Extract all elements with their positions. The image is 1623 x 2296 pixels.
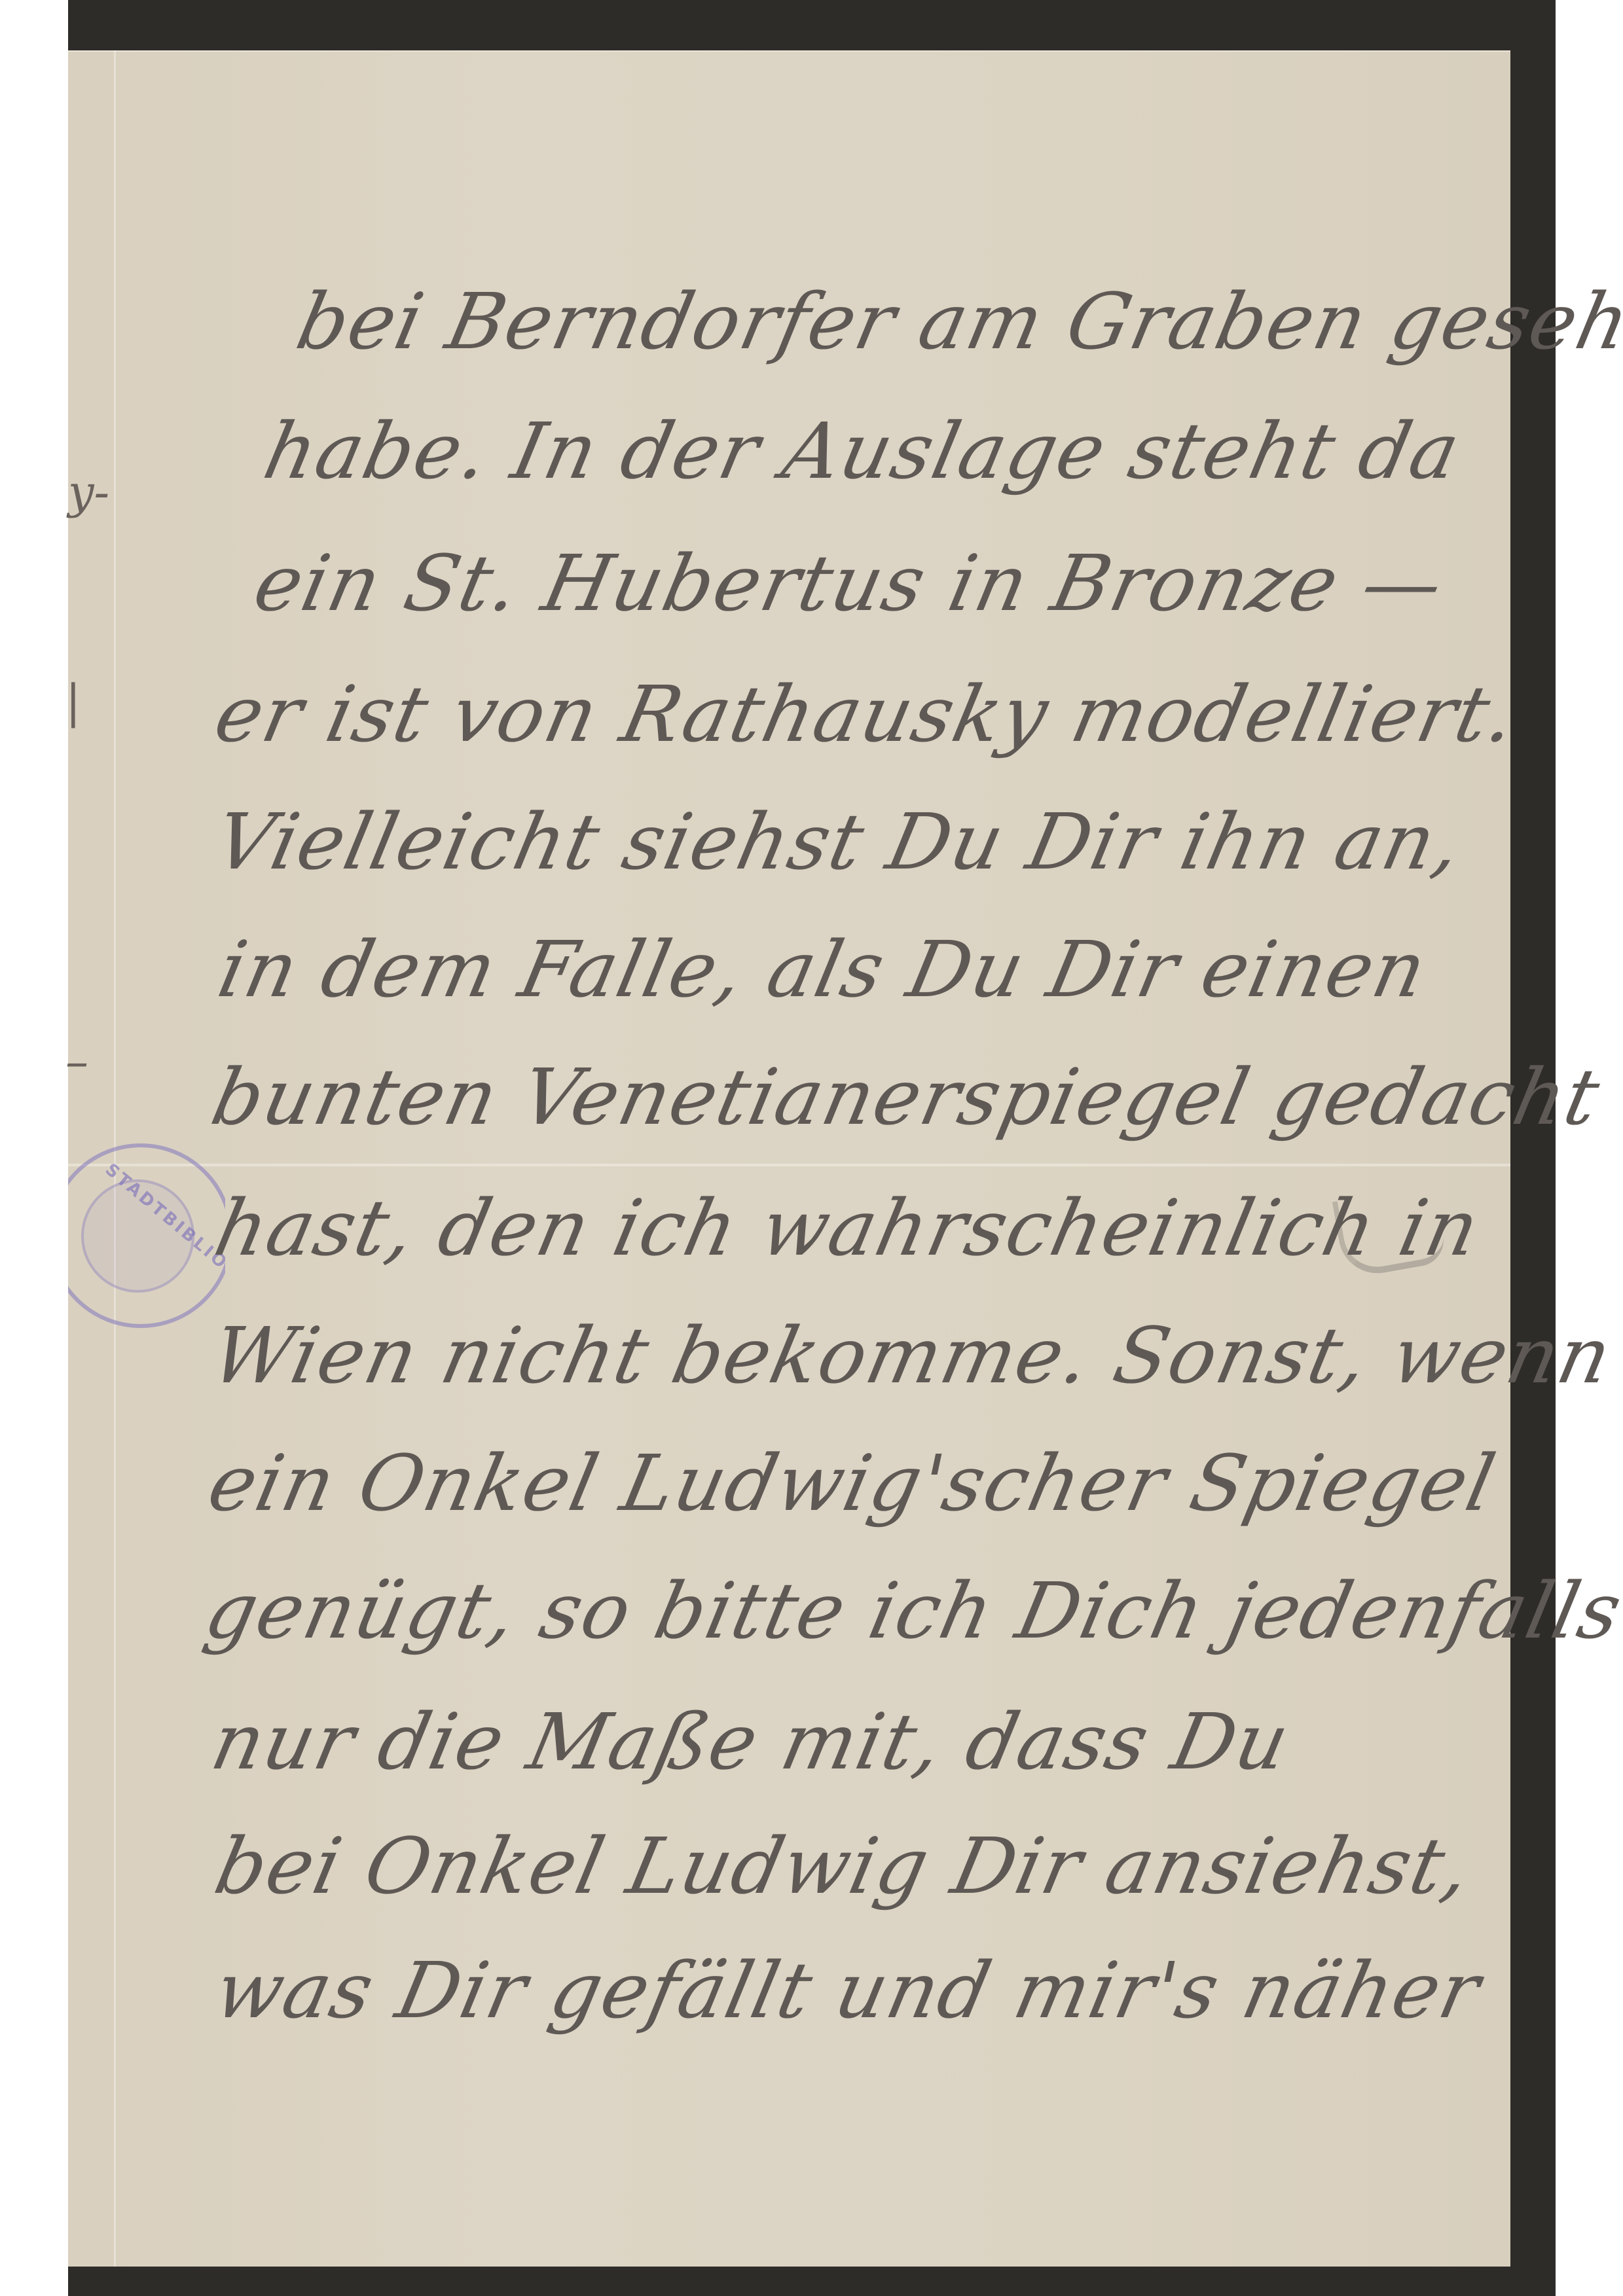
handwritten-line-1: bei Berndorfer am Graben gesehen [291,283,1623,360]
margin-fragment: | [65,679,81,725]
handwritten-line-13: bei Onkel Ludwig Dir ansiehst, [209,1827,1478,1905]
margin-fragment: y- [68,469,109,515]
letter-page: y- | – STADTBIBLIOTHEK bei Berndorfer am… [68,50,1510,2267]
handwritten-line-9: Wien nicht bekomme. Sonst, wenn [206,1317,1618,1394]
horizontal-fold-crease [68,1163,1510,1167]
handwritten-line-7: bunten Venetianerspiegel gedacht [206,1058,1607,1136]
handwritten-line-6: in dem Falle, als Du Dir einen [212,931,1434,1008]
handwritten-line-4: er ist von Rathausky modelliert. [209,675,1523,753]
library-stamp: STADTBIBLIOTHEK [68,1124,225,1405]
margin-fragment: – [65,1039,88,1085]
handwritten-line-5: Vielleicht siehst Du Dir ihn an, [209,803,1469,880]
handwritten-line-10: ein Onkel Ludwig'scher Spiegel [202,1444,1503,1522]
handwritten-line-8: hast, den ich wahrscheinlich in [209,1189,1486,1266]
handwritten-line-3: ein St. Hubertus in Bronze — [248,545,1451,622]
handwritten-line-2: habe. In der Auslage steht da [258,412,1467,490]
handwritten-line-11: genügt, so bitte ich Dich jedenfalls [199,1572,1623,1649]
handwritten-line-12: nur die Maße mit, dass Du [206,1703,1296,1780]
handwritten-line-14: was Dir gefällt und mir's näher [209,1952,1487,2029]
